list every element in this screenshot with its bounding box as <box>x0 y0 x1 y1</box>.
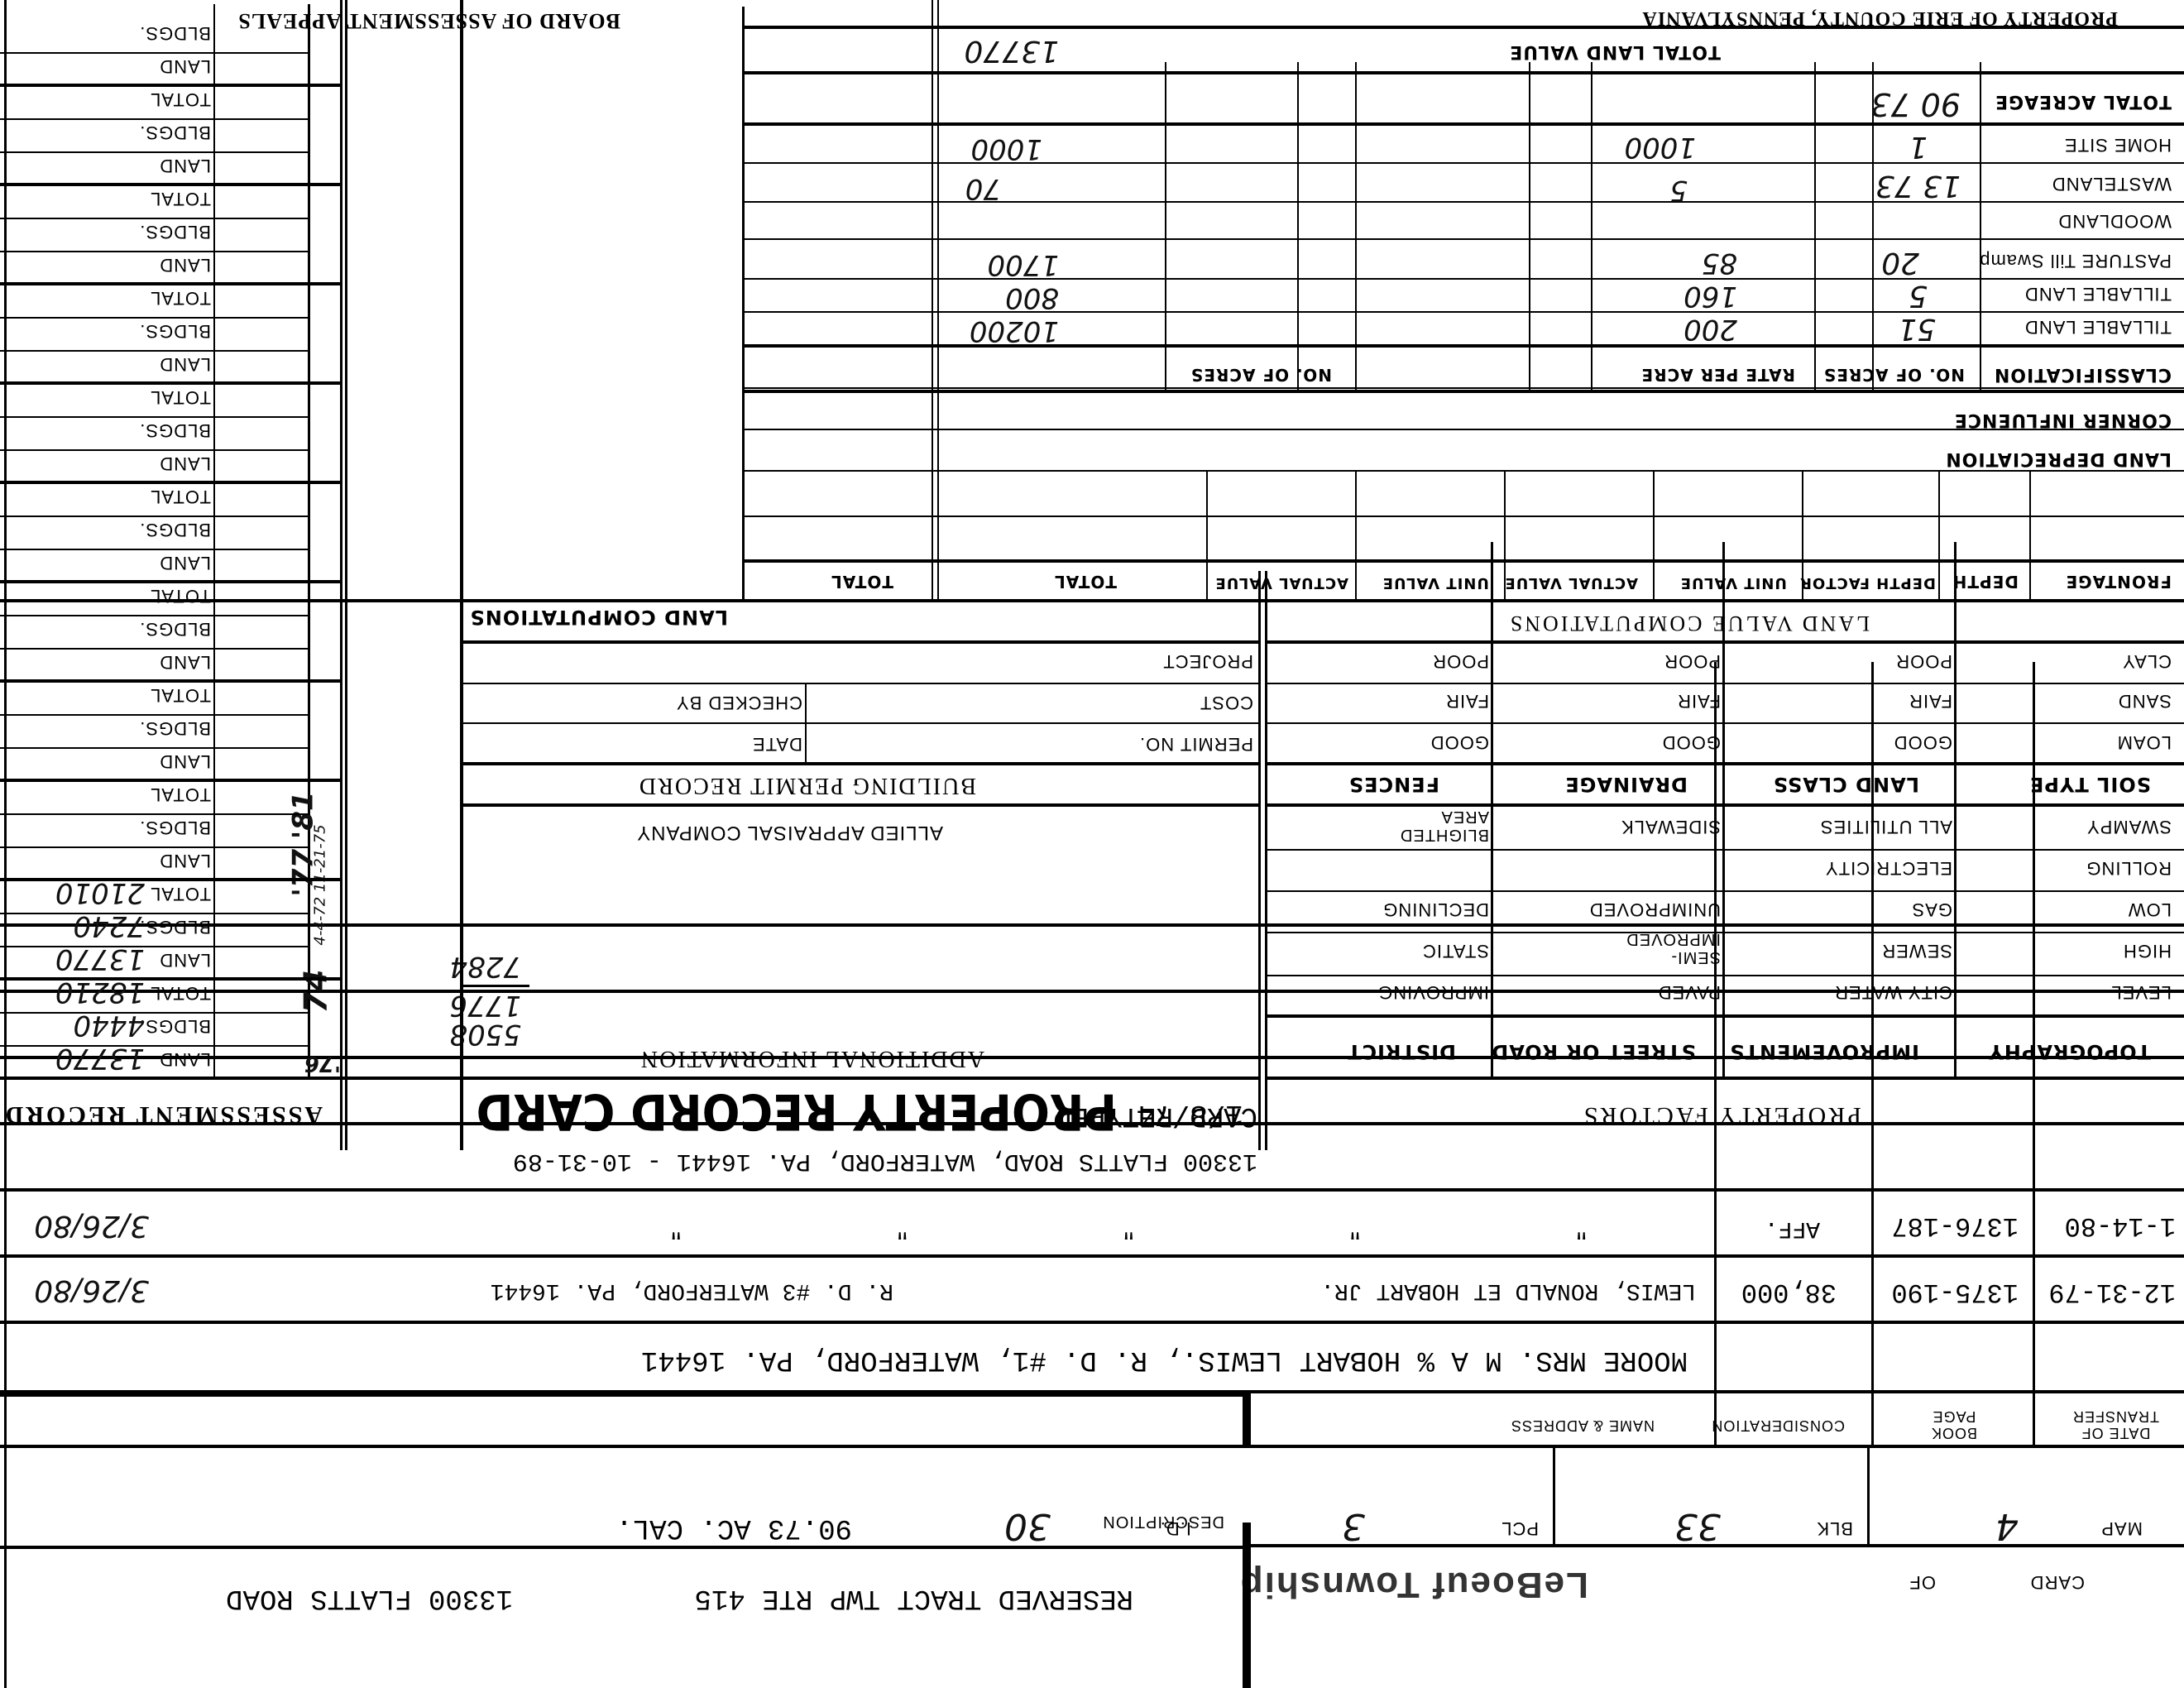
acreage-row-0-acres: 51 <box>1898 312 1936 346</box>
transfer-row-2-note: 3/26/80 <box>34 1209 149 1243</box>
col-name-label: NAME & ADDRESS <box>1511 1417 1655 1434</box>
map-value: 4 <box>1995 1505 2019 1547</box>
district-blighted: BLIGHTED AREA <box>1398 808 1489 844</box>
card-retyped-date: 1/8/74 <box>1136 1097 1243 1131</box>
blk-value: 33 <box>1674 1505 1721 1547</box>
county-label: PROPERTY OF ERIE COUNTY, PENNSYLVANIA <box>1641 7 2118 29</box>
land-value-computations-title: LAND VALUE COMPUTATIONS <box>1508 611 1870 635</box>
impr-city-water: CITY WATER <box>1834 981 1952 1003</box>
map-label: MAP <box>2100 1518 2143 1539</box>
no-of-acres-label-2: NO. OF ACRES <box>1190 365 1332 385</box>
acreage-row-5-value: 1000 <box>970 132 1042 165</box>
pcl-label: PCL <box>1501 1518 1539 1539</box>
label-bldgs: BLDGS. <box>139 1015 211 1037</box>
corner-influence-label: CORNER INFLUENCE <box>1954 410 2172 430</box>
acreage-row-1-value: 800 <box>1005 281 1059 314</box>
acreage-row-4-acres: 13 73 <box>1875 169 1961 203</box>
assess-0-total: 18210 <box>55 976 145 1009</box>
property-record-card-title: PROPERTY RECORD CARD <box>477 1083 1117 1140</box>
impr-all-utilities: ALL UTILITIES <box>1820 816 1952 837</box>
col-district: DISTRICT <box>1347 1040 1456 1063</box>
col-soil-type: SOIL TYPE <box>2029 773 2151 796</box>
transfer-row-0-name: MOORE MRS. M A % HOBART LEWIS., R. D. #1… <box>641 1344 1688 1375</box>
transfer-row-2-name: " " " " " <box>570 1216 1588 1241</box>
col-book-label: BOOK <box>1931 1425 1977 1441</box>
acreage-row-0-value: 10200 <box>970 314 1059 348</box>
total-acreage-value: 90 73 <box>1870 86 1961 122</box>
land-class-good: GOOD <box>1894 731 1952 753</box>
township-stamp: LeBoeuf Township <box>1239 1564 1588 1605</box>
soil-loam: LOAM <box>2117 731 2172 753</box>
card-label: CARD <box>2030 1571 2085 1593</box>
impr-gas: GAS <box>1912 899 1952 920</box>
transfer-row-2-book: 1376-187 <box>1891 1211 2019 1241</box>
col-street: STREET OR ROAD <box>1491 1040 1696 1063</box>
transfer-row-1-book: 1375-190 <box>1891 1277 2019 1307</box>
of-label: OF <box>1909 1571 1936 1593</box>
transfer-row-3-name: 13300 FLATTS ROAD, WATERFORD, PA. 16441 … <box>513 1147 1257 1175</box>
soil-clay: CLAY <box>2122 650 2172 672</box>
acreage-row-4-label: WASTELAND <box>2052 173 2172 194</box>
allied-appraisal: ALLIED APPRAISAL COMPANY <box>636 821 943 844</box>
acreage-row-2-value: 1700 <box>987 248 1059 281</box>
total-land-value-label: TOTAL LAND VALUE <box>1509 41 1721 62</box>
classification-label: CLASSIFICATION <box>1994 364 2172 385</box>
district-static: STATIC <box>1422 940 1489 961</box>
fences-poor: POOR <box>1432 650 1489 672</box>
board-of-assessment-appeals: BOARD OF ASSESSMENT APPEALS <box>237 8 620 33</box>
acreage-row-1-rate: 160 <box>1683 280 1737 313</box>
blk-label: BLK <box>1816 1518 1853 1539</box>
impr-electricity: ELECTRICITY <box>1825 857 1952 879</box>
transfer-row-1-address: R. D. #3 WATERFORD, PA. 16441 <box>491 1278 893 1303</box>
drainage-poor: POOR <box>1664 650 1721 672</box>
assess-1-bldgs: 7240 <box>73 909 145 942</box>
transfer-row-1-date: 12-31-79 <box>2048 1277 2176 1307</box>
acreage-row-2-acres: 20 <box>1881 246 1919 280</box>
pcl-value: 3 <box>1342 1505 1365 1547</box>
property-factors-title: PROPERTY FACTORS <box>1582 1101 1861 1129</box>
transfer-header: DATE OF TRANSFER BOOK PAGE CONSIDERATION… <box>1241 1397 2184 1446</box>
divider-thick <box>1243 1523 1251 1688</box>
id-label: I.D. <box>1160 1518 1191 1539</box>
acreage-row-0-label: TILLABLE LAND <box>2024 316 2172 338</box>
col-date-label: DATE OF <box>2072 1425 2159 1441</box>
acreage-row-5-rate: 1000 <box>1624 131 1696 164</box>
acreage-row-3-label: WOODLAND <box>2057 210 2172 232</box>
assess-1-total: 21010 <box>55 876 145 909</box>
col-topography: TOPOGRAPHY <box>1988 1040 2151 1063</box>
project-label: PROJECT <box>1162 650 1253 672</box>
topo-swampy: SWAMPY <box>2086 816 2172 837</box>
acreage-row-5-label: HOME SITE <box>2064 134 2172 156</box>
description-address: 13300 FLATTS ROAD <box>226 1582 513 1614</box>
acreage-row-0-rate: 200 <box>1683 313 1737 346</box>
acreage-row-4-rate: 5 <box>1669 174 1688 207</box>
description-line1: RESERVED TRACT TWP RTE 415 <box>695 1582 1134 1614</box>
street-semi-improved: SEMI-IMPROVED <box>1613 930 1721 966</box>
label-total: TOTAL <box>150 982 211 1004</box>
land-class-poor: POOR <box>1895 650 1952 672</box>
acreage-row-1-label: TILLABLE LAND <box>2024 283 2172 305</box>
street-unimproved: UNIMPROVED <box>1589 899 1721 920</box>
year-76: '76 <box>304 1051 341 1076</box>
acreage-row-2-rate: 85 <box>1702 247 1737 280</box>
fences-fair: FAIR <box>1445 690 1489 712</box>
topo-low: LOW <box>2128 899 2172 920</box>
total-acreage-label: TOTAL ACREAGE <box>1995 91 2172 112</box>
topo-high: HIGH <box>2123 940 2172 961</box>
land-class-fair: FAIR <box>1909 690 1952 712</box>
assess-1-land: 13770 <box>55 942 145 976</box>
col-improvements: IMPROVEMENTS <box>1729 1040 1919 1063</box>
no-of-acres-label-1: NO. OF ACRES <box>1823 365 1965 385</box>
checked-by-label: CHECKED BY <box>676 692 802 713</box>
col-land-class: LAND CLASS <box>1773 773 1919 796</box>
topo-rolling: ROLLING <box>2086 857 2172 879</box>
property-record-card: CARD OF LeBoeuf Township DESCRIPTION RES… <box>0 0 2184 1688</box>
col-consideration-label: CONSIDERATION <box>1711 1417 1845 1434</box>
acreage-row-2-label: PASTURE Till Swamp <box>1979 250 2172 271</box>
transfer-row-1-note: 3/26/80 <box>34 1273 149 1307</box>
total-land-value: 13770 <box>964 34 1059 68</box>
id-value: 30 <box>1004 1505 1051 1547</box>
building-permit-title: BUILDING PERMIT RECORD <box>638 772 976 798</box>
topo-level: LEVEL <box>2111 981 2172 1003</box>
transfer-row-1-consideration: 38,000 <box>1741 1277 1837 1307</box>
acreage-row-4-value: 70 <box>965 172 1001 205</box>
street-sidewalk: SIDEWALK <box>1621 816 1721 837</box>
col-fences: FENCES <box>1348 773 1439 796</box>
assess-0-bldgs: 4440 <box>73 1009 145 1042</box>
description-line2: 90.73 AC. CAL. <box>615 1512 852 1543</box>
land-depreciation-label: LAND DEPRECIATION <box>1945 448 2172 469</box>
transfer-row-2-consideration: AFF. <box>1765 1216 1820 1241</box>
soil-sand: SAND <box>2118 690 2172 712</box>
transfer-row-2-date: 1-14-80 <box>2065 1211 2176 1241</box>
impr-sewer: SEWER <box>1881 940 1952 961</box>
acreage-row-1-acres: 5 <box>1909 279 1928 313</box>
additional-info-title: ADDITIONAL INFORMATION <box>639 1045 984 1072</box>
acreage-row-5-acres: 1 <box>1909 130 1928 164</box>
fences-good: GOOD <box>1430 731 1489 753</box>
assessment-record-title: ASSESSMENT RECORD <box>3 1101 323 1129</box>
land-computations-title: LAND COMPUTATIONS <box>470 606 729 629</box>
year-74: 74 <box>298 970 334 1014</box>
transfer-row-1-name: LEWIS, RONALD ET HOBART JR. <box>1320 1278 1696 1303</box>
district-declining: DECLINING <box>1382 899 1489 920</box>
col-drainage: DRAINAGE <box>1564 773 1688 796</box>
drainage-good: GOOD <box>1662 731 1721 753</box>
permit-date-label: DATE <box>752 733 802 755</box>
cost-label: COST <box>1200 692 1253 713</box>
assess-0-land: 13770 <box>55 1042 145 1075</box>
district-improving: IMPROVING <box>1377 981 1489 1003</box>
rate-per-acre-label-1: RATE PER ACRE <box>1641 365 1796 385</box>
assessment-side-note: 4-4-72 11-21-75 <box>311 824 328 945</box>
drainage-fair: FAIR <box>1677 690 1721 712</box>
label-land: LAND <box>159 1048 211 1070</box>
permit-no-label: PERMIT NO. <box>1139 733 1253 755</box>
street-paved: PAVED <box>1658 981 1721 1003</box>
